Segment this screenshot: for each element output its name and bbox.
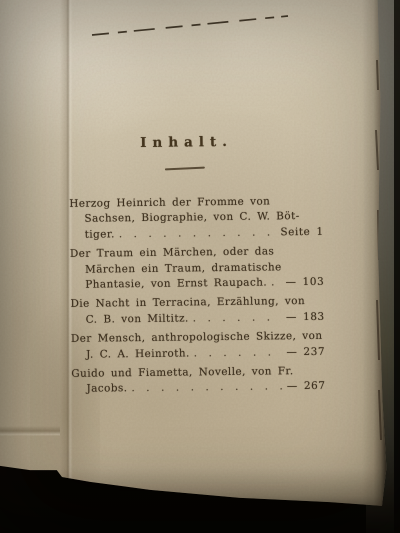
dot-leader: . . . . . . . . . . . . . . . . . . . . … (194, 345, 283, 361)
book-fore-edge-shadow (394, 0, 400, 533)
toc-entry: Herzog Heinrich der Fromme vonSachsen, B… (69, 194, 324, 243)
toc-page-number: — 267 (287, 379, 326, 395)
toc-line: Phantasie, von Ernst Raupach.. . . . . .… (70, 275, 324, 294)
dot-leader: . . . . . . . . . . . . . . . . . . . . … (271, 275, 282, 291)
toc-entry: Der Mensch, anthropologische Skizze, von… (71, 329, 325, 363)
table-of-contents: Herzog Heinrich der Fromme vonSachsen, B… (69, 194, 325, 402)
toc-line: C. B. von Miltitz.. . . . . . . . . . . … (71, 310, 325, 329)
page-title: Inhalt. (126, 134, 246, 151)
toc-entry: Guido und Fiametta, Novelle, von Fr.Jaco… (71, 364, 325, 398)
toc-page-number: — 237 (286, 344, 325, 360)
toc-entry: Die Nacht in Terracina, Erzählung, vonC.… (70, 294, 324, 328)
dot-leader: . . . . . . . . . . . . . . . . . . . . … (131, 380, 283, 397)
printed-content: Inhalt. Herzog Heinrich der Fromme vonSa… (0, 0, 400, 533)
toc-line-text: J. C. A. Heinroth. (86, 346, 190, 363)
title-rule (165, 167, 205, 171)
toc-page-number: — 183 (286, 310, 325, 326)
dot-leader: . . . . . . . . . . . . . . . . . . . . … (119, 225, 277, 242)
book-page: Inhalt. Herzog Heinrich der Fromme vonSa… (0, 0, 400, 533)
toc-page-number: Seite 1 (280, 225, 323, 241)
toc-line-text: Jacobs. (86, 382, 127, 398)
toc-line-text: tiger. (85, 227, 115, 243)
toc-line: Jacobs.. . . . . . . . . . . . . . . . .… (71, 379, 325, 398)
book-photo: Inhalt. Herzog Heinrich der Fromme vonSa… (0, 0, 400, 533)
toc-page-number: — 103 (285, 275, 324, 291)
toc-entry: Der Traum ein Märchen, oder dasMärchen e… (70, 244, 325, 293)
toc-line: tiger.. . . . . . . . . . . . . . . . . … (70, 225, 324, 244)
toc-line-text: Phantasie, von Ernst Raupach. (85, 276, 267, 294)
toc-line-text: C. B. von Miltitz. (86, 311, 189, 328)
dot-leader: . . . . . . . . . . . . . . . . . . . . … (193, 310, 282, 326)
toc-line: J. C. A. Heinroth.. . . . . . . . . . . … (71, 344, 325, 363)
